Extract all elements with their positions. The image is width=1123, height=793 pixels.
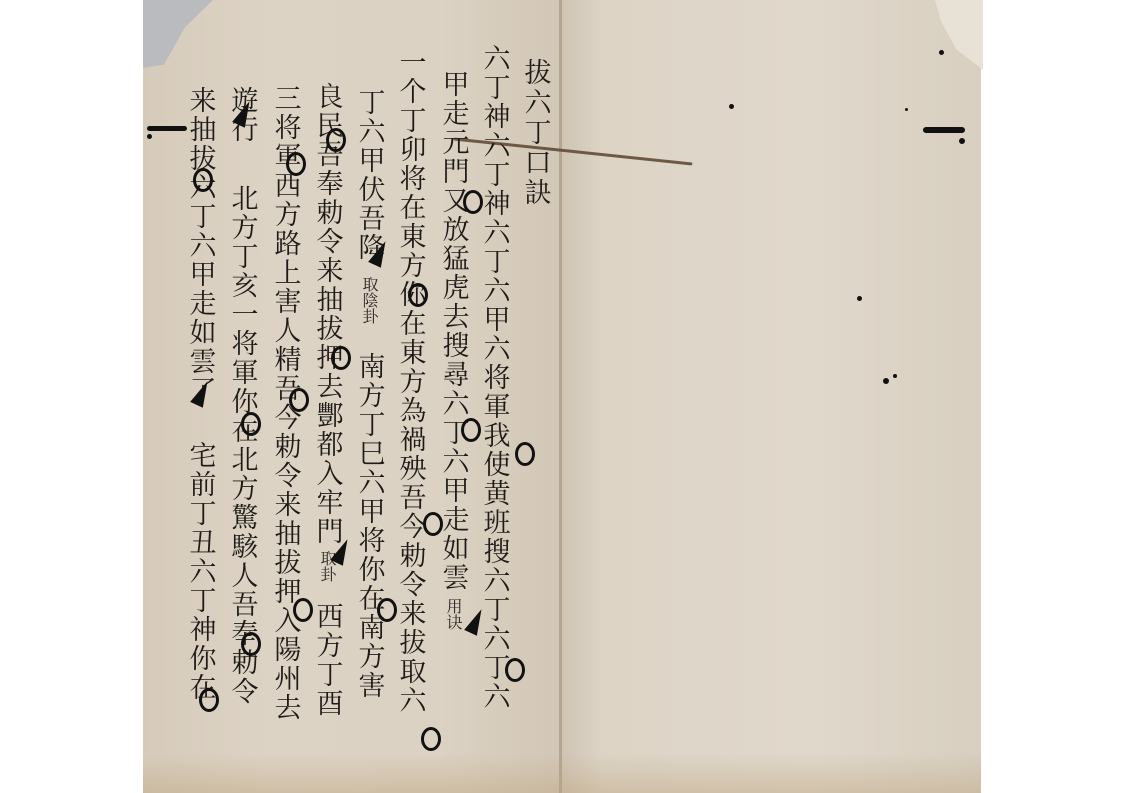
ink-spot	[905, 108, 908, 111]
annotation-note: 用诀	[444, 598, 462, 630]
punctuation-circle	[241, 412, 261, 436]
punctuation-circle	[505, 658, 525, 682]
column-text: 丁六甲伏吾降	[355, 88, 384, 262]
ink-stroke	[923, 127, 965, 133]
punctuation-circle	[326, 128, 346, 152]
ink-spot	[893, 374, 897, 378]
punctuation-circle	[293, 598, 313, 622]
ink-spot	[729, 104, 734, 109]
ink-spot	[857, 296, 862, 301]
punctuation-circle	[331, 346, 351, 370]
right-page-blank	[561, 0, 981, 793]
punctuation-circle	[193, 168, 213, 192]
column-text: 北方丁亥一将軍你在北方驚駭人吾奉勅令	[228, 184, 257, 706]
punctuation-circle	[199, 688, 219, 712]
punctuation-circle	[423, 512, 443, 536]
punctuation-circle	[421, 727, 441, 751]
book-gutter	[559, 0, 562, 793]
text-column-4: 一个丁卯将在東方你在東方為禍殃吾今勅令来拔取六	[393, 48, 427, 715]
title-column: 拔六丁口訣	[518, 58, 552, 208]
punctuation-circle	[286, 152, 306, 176]
text-column-3: 甲走元門又放猛虎去搜尋六丁六甲走如雲 用诀	[436, 70, 470, 630]
ink-spot	[939, 50, 944, 55]
ink-stroke	[147, 126, 187, 131]
column-text: 宅前丁丑六丁神你在	[186, 441, 215, 702]
column-text: 南方丁巳六甲将你在南方害	[355, 352, 384, 700]
manuscript-spread: 拔六丁口訣 六丁神六丁神六丁六甲六将軍我使黄班搜六丁六丁六 甲走元門又放猛虎去搜…	[143, 0, 981, 793]
water-stain	[143, 753, 981, 793]
punctuation-circle	[289, 388, 309, 412]
column-text: 甲走元門又放猛虎去搜尋六丁六甲走如雲	[439, 70, 468, 592]
text-column-8: 遊行 北方丁亥一将軍你在北方驚駭人吾奉勅令	[225, 86, 259, 706]
punctuation-circle	[515, 442, 535, 466]
punctuation-circle	[463, 190, 483, 214]
punctuation-circle	[408, 283, 428, 307]
punctuation-circle	[461, 418, 481, 442]
column-text: 西方丁酉	[313, 602, 342, 718]
ink-spot	[883, 378, 889, 384]
punctuation-circle	[377, 598, 397, 622]
column-text: 一个丁卯将在東方你在東方為禍殃吾今勅令来拔取六	[396, 48, 425, 715]
title-text: 拔六丁口訣	[521, 58, 550, 208]
column-text: 来抽拔六丁六甲走如雲了	[186, 86, 215, 405]
ink-spot	[147, 134, 152, 139]
punctuation-circle	[241, 632, 261, 656]
annotation-note: 取陰卦	[360, 276, 378, 324]
ink-spot	[959, 138, 965, 144]
text-column-6: 良民吾奉勅令来抽拔押去酆都入牢門 取卦 西方丁酉	[310, 82, 344, 718]
